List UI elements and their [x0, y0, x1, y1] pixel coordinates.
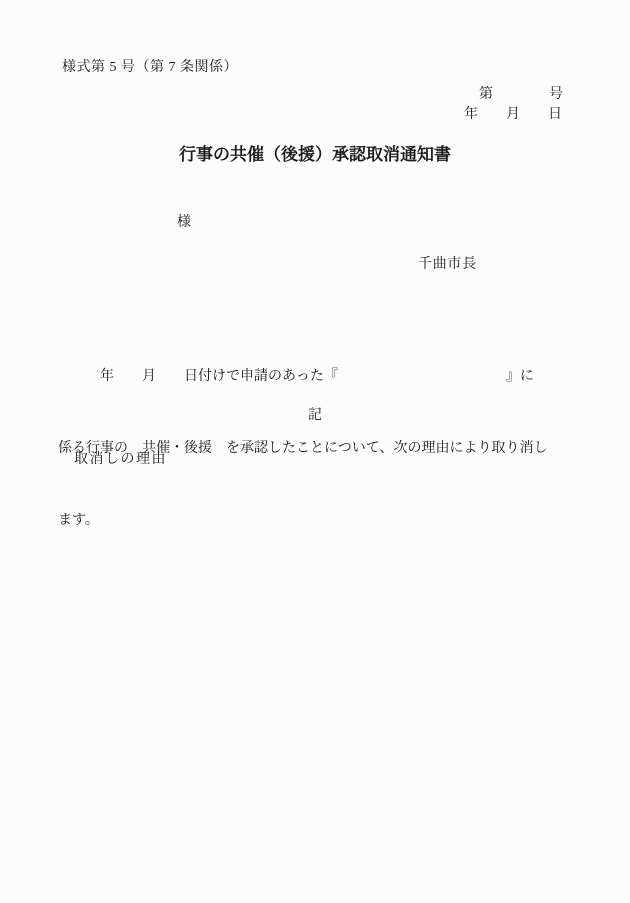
body-line-1: 年 月 日付けで申請のあった『 』に — [58, 365, 578, 389]
body-paragraph: 年 月 日付けで申請のあった『 』に 係る行事の 共催・後援 を承認したことにつ… — [58, 317, 578, 581]
document-title: 行事の共催（後援）承認取消通知書 — [0, 146, 630, 163]
document-page: 様式第 5 号（第 7 条関係） 第 号 年 月 日 行事の共催（後援）承認取消… — [0, 0, 630, 903]
body-line-3: ます。 — [58, 509, 578, 533]
ki-marker: 記 — [0, 409, 630, 423]
doc-number-line: 第 号 — [479, 88, 563, 102]
sender-name: 千曲市長 — [418, 258, 477, 272]
reason-label: 取消しの理由 — [74, 453, 167, 467]
date-line: 年 月 日 — [464, 108, 562, 122]
form-number: 様式第 5 号（第 7 条関係） — [62, 61, 238, 75]
addressee-suffix: 様 — [177, 216, 191, 230]
